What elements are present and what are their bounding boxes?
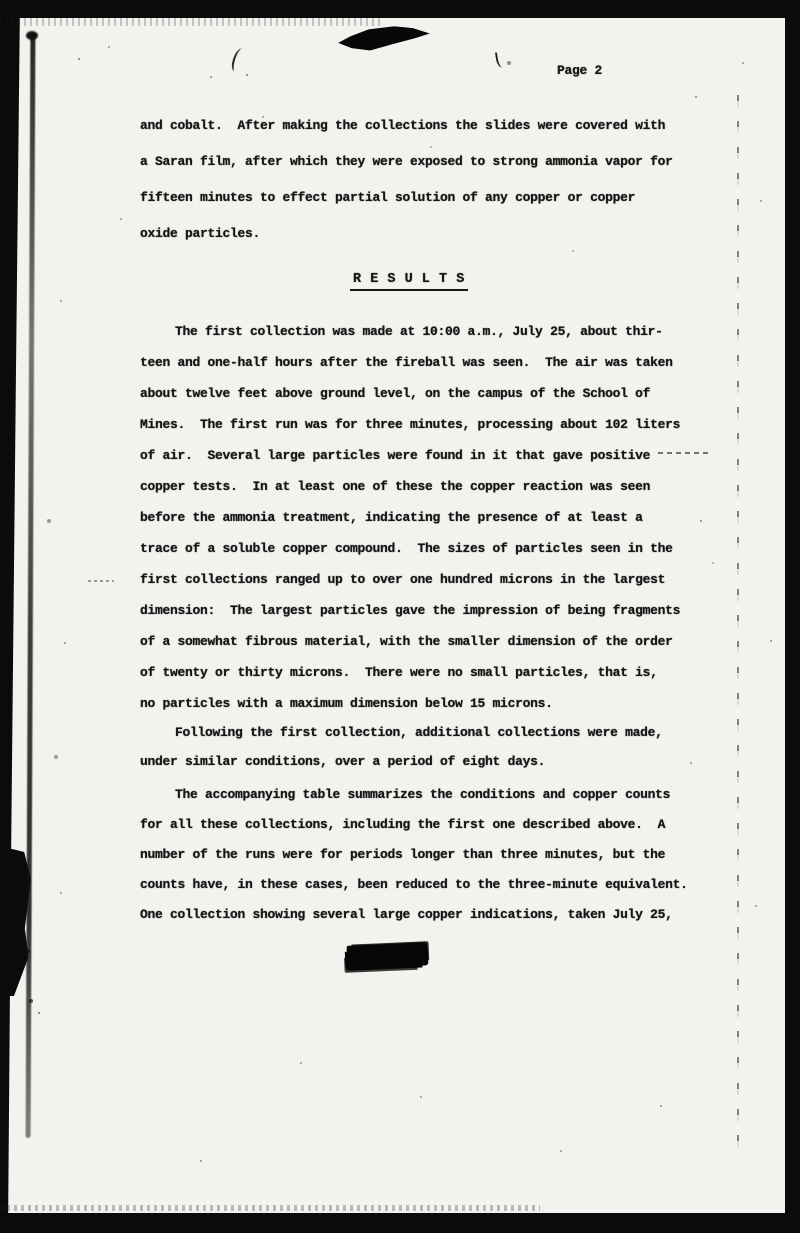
text-line: under similar conditions, over a period … xyxy=(140,747,705,776)
left-binding-crease-top xyxy=(26,31,38,40)
photocopy-noise xyxy=(0,0,2,2)
text-line: for all these collections, including the… xyxy=(140,810,705,840)
text-line: trace of a soluble copper compound. The … xyxy=(140,533,705,564)
text-line: before the ammonia treatment, indicating… xyxy=(140,502,705,533)
pen-squiggle-mark xyxy=(230,47,246,73)
text-line: of twenty or thirty microns. There were … xyxy=(140,657,705,688)
text-line: One collection showing several large cop… xyxy=(140,900,705,930)
left-binding-crease xyxy=(26,33,36,1138)
text-line: dimension: The largest particles gave th… xyxy=(140,595,705,626)
text-line: number of the runs were for periods long… xyxy=(140,840,705,870)
margin-dots-artifact xyxy=(88,580,114,582)
text-line: first collections ranged up to over one … xyxy=(140,564,705,595)
text-line: Mines. The first run was for three minut… xyxy=(140,409,705,440)
paragraph-4: The accompanying table summarizes the co… xyxy=(140,780,705,930)
text-line: Following the first collection, addition… xyxy=(140,718,705,747)
text-line: teen and one-half hours after the fireba… xyxy=(140,347,705,378)
text-line: a Saran film, after which they were expo… xyxy=(140,144,705,180)
scan-grain-top xyxy=(0,18,380,26)
paragraph-3: Following the first collection, addition… xyxy=(140,718,705,776)
pen-tick-mark xyxy=(495,52,505,69)
scan-border-left xyxy=(0,0,22,1233)
text-line: The first collection was made at 10:00 a… xyxy=(140,316,705,347)
paragraph-2: The first collection was made at 10:00 a… xyxy=(140,316,705,719)
paragraph-1: and cobalt. After making the collections… xyxy=(140,108,705,252)
text-line: oxide particles. xyxy=(140,216,705,252)
scan-border-bottom xyxy=(0,1213,800,1233)
scan-border-right xyxy=(785,0,800,1233)
text-line: fifteen minutes to effect partial soluti… xyxy=(140,180,705,216)
text-line: about twelve feet above ground level, on… xyxy=(140,378,705,409)
scan-grain-bottom xyxy=(0,1205,540,1211)
redaction-mark xyxy=(347,942,429,969)
text-line: counts have, in these cases, been reduce… xyxy=(140,870,705,900)
text-line: The accompanying table summarizes the co… xyxy=(140,780,705,810)
text-line: of a somewhat fibrous material, with the… xyxy=(140,626,705,657)
text-line: of air. Several large particles were fou… xyxy=(140,440,705,471)
right-fold-line xyxy=(737,95,739,1150)
results-heading: R E S U L T S xyxy=(350,272,468,291)
text-line: and cobalt. After making the collections… xyxy=(140,108,705,144)
text-line: no particles with a maximum dimension be… xyxy=(140,688,705,719)
text-line: copper tests. In at least one of these t… xyxy=(140,471,705,502)
page-number: Page 2 xyxy=(557,63,602,78)
scan-border-top xyxy=(0,0,800,18)
ink-smudge-mark xyxy=(337,24,430,53)
